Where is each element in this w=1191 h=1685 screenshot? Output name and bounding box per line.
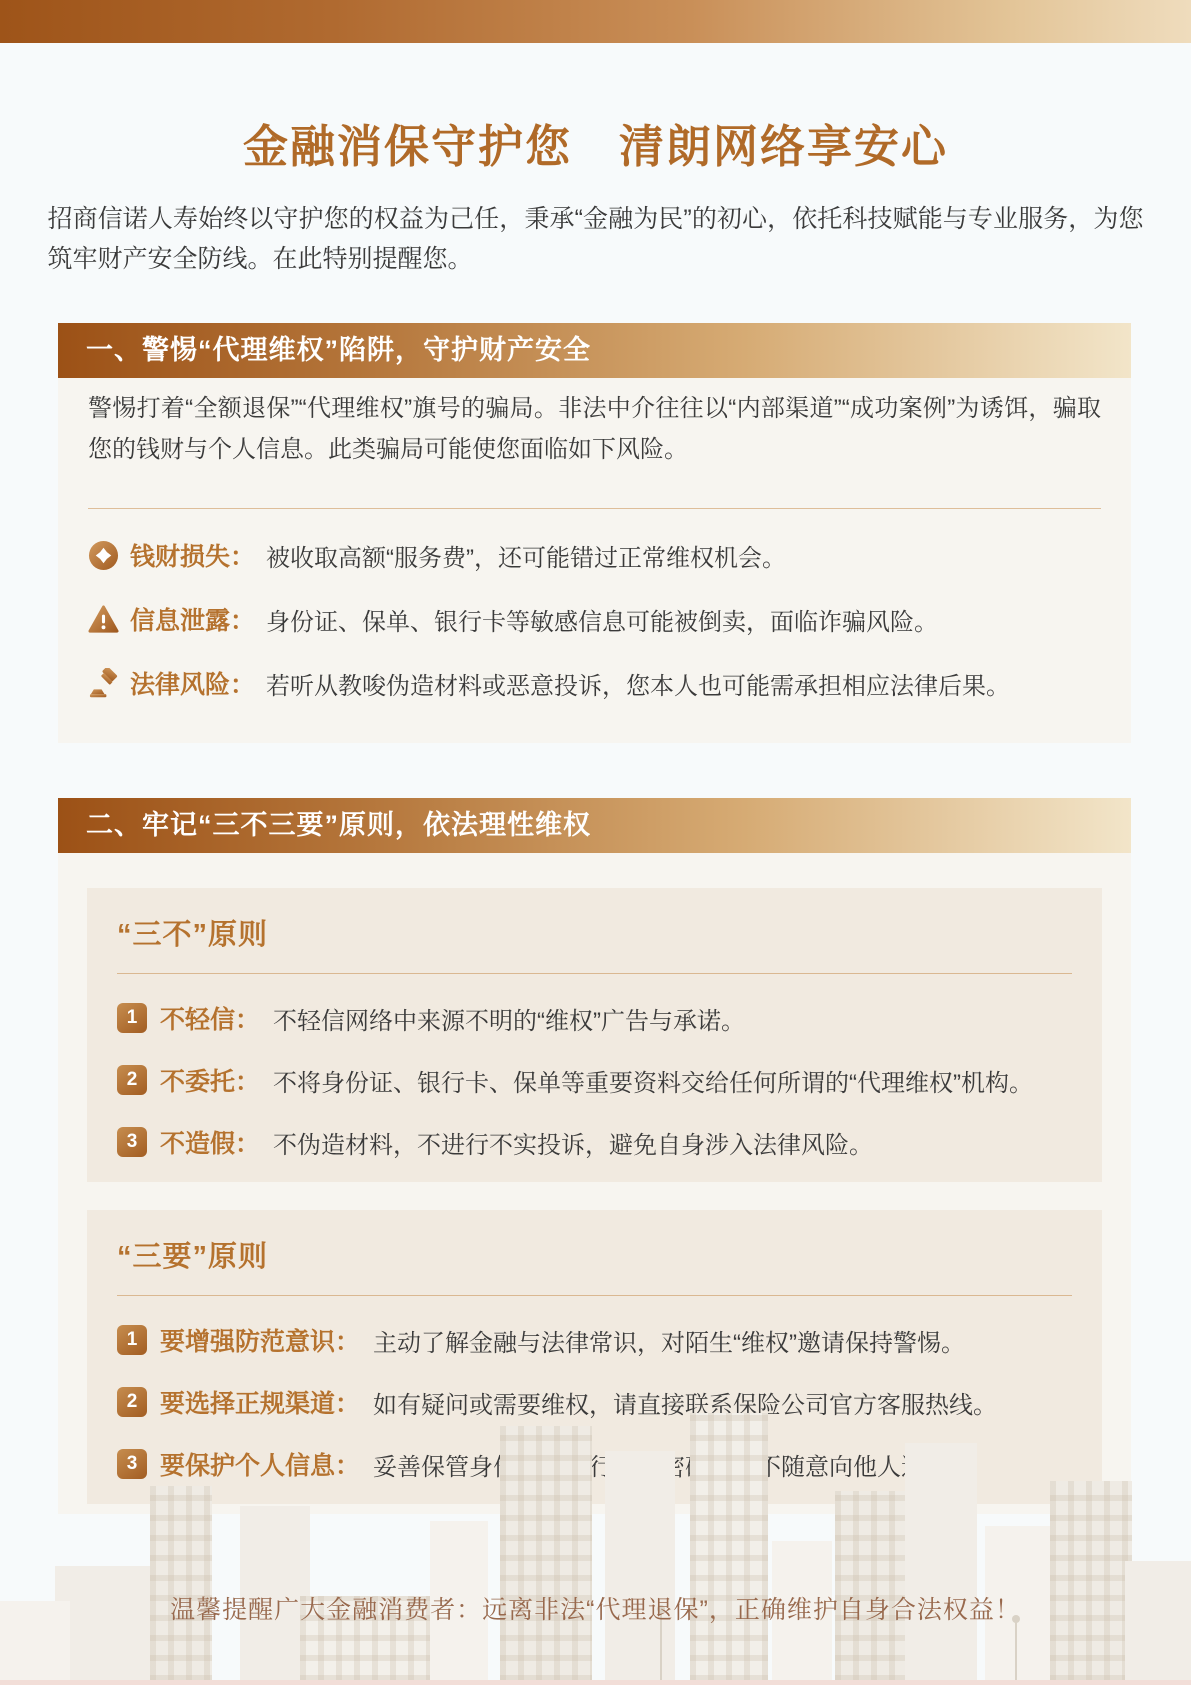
building <box>1050 1481 1132 1681</box>
risk-text: 若听从教唆伪造材料或恶意投诉，您本人也可能需承担相应法律后果。 <box>266 666 1010 701</box>
three-nos-box: “三不”原则 1 不轻信： 不轻信网络中来源不明的“维权”广告与承诺。 2 不委… <box>87 888 1102 1182</box>
risk-text: 身份证、保单、银行卡等敏感信息可能被倒卖，面临诈骗风险。 <box>266 602 938 637</box>
coin-icon <box>88 540 119 571</box>
number-badge: 3 <box>117 1127 147 1157</box>
building <box>690 1413 768 1681</box>
rule-box-title: “三要”原则 <box>117 1234 1072 1275</box>
divider <box>117 1295 1072 1296</box>
footer-note: 温馨提醒广大金融消费者：远离非法“代理退保”，正确维护自身合法权益！ <box>0 1590 1191 1626</box>
rule-text: 不轻信网络中来源不明的“维权”广告与承诺。 <box>273 1001 745 1036</box>
bottom-strip <box>0 1680 1191 1685</box>
rule-label: 不轻信： <box>160 1000 260 1036</box>
section-risk-warning: 一、警惕“代理维权”陷阱，守护财产安全 警惕打着“全额退保”“代理维权”旗号的骗… <box>58 323 1131 743</box>
section-principles: 二、牢记“三不三要”原则，依法理性维权 “三不”原则 1 不轻信： 不轻信网络中… <box>58 798 1131 1514</box>
intro-paragraph: 招商信诺人寿始终以守护您的权益为己任，秉承“金融为民”的初心，依托科技赋能与专业… <box>48 199 1144 279</box>
risk-item: 钱财损失： 被收取高额“服务费”，还可能错过正常维权机会。 <box>88 537 1101 573</box>
number-badge: 2 <box>117 1065 147 1095</box>
section-1-body: 警惕打着“全额退保”“代理维权”旗号的骗局。非法中介往往以“内部渠道”“成功案例… <box>58 378 1131 743</box>
warning-icon <box>88 604 119 635</box>
divider <box>88 508 1101 509</box>
rule-text: 不伪造材料，不进行不实投诉，避免自身涉入法律风险。 <box>273 1125 873 1160</box>
rule-box-title: “三不”原则 <box>117 912 1072 953</box>
number-badge: 1 <box>117 1325 147 1355</box>
top-gradient-bar <box>0 0 1191 43</box>
lamppost-icon <box>1015 1621 1017 1681</box>
section-1-paragraph: 警惕打着“全额退保”“代理维权”旗号的骗局。非法中介往往以“内部渠道”“成功案例… <box>88 388 1101 470</box>
rule-text: 如有疑问或需要维权，请直接联系保险公司官方客服热线。 <box>373 1385 997 1420</box>
risk-label: 钱财损失： <box>130 537 255 573</box>
rule-item: 1 要增强防范意识： 主动了解金融与法律常识，对陌生“维权”邀请保持警惕。 <box>117 1322 1072 1358</box>
risk-label: 法律风险： <box>130 665 255 701</box>
section-1-header: 一、警惕“代理维权”陷阱，守护财产安全 <box>58 323 1131 378</box>
section-2-body: “三不”原则 1 不轻信： 不轻信网络中来源不明的“维权”广告与承诺。 2 不委… <box>58 853 1131 1514</box>
rule-label: 不委托： <box>160 1062 260 1098</box>
rule-item: 3 不造假： 不伪造材料，不进行不实投诉，避免自身涉入法律风险。 <box>117 1124 1072 1160</box>
rule-label: 要增强防范意识： <box>160 1322 360 1358</box>
risk-item: 信息泄露： 身份证、保单、银行卡等敏感信息可能被倒卖，面临诈骗风险。 <box>88 601 1101 637</box>
rule-label: 不造假： <box>160 1124 260 1160</box>
building <box>500 1426 592 1681</box>
divider <box>117 973 1072 974</box>
rule-item: 2 要选择正规渠道： 如有疑问或需要维权，请直接联系保险公司官方客服热线。 <box>117 1384 1072 1420</box>
rule-text: 主动了解金融与法律常识，对陌生“维权”邀请保持警惕。 <box>373 1323 965 1358</box>
city-skyline: 温馨提醒广大金融消费者：远离非法“代理退保”，正确维护自身合法权益！ <box>0 1450 1191 1685</box>
risk-label: 信息泄露： <box>130 601 255 637</box>
rule-item: 1 不轻信： 不轻信网络中来源不明的“维权”广告与承诺。 <box>117 1000 1072 1036</box>
risk-text: 被收取高额“服务费”，还可能错过正常维权机会。 <box>266 538 786 573</box>
page-title: 金融消保守护您 清朗网络享安心 <box>0 110 1191 175</box>
building <box>905 1443 977 1681</box>
gavel-icon <box>88 668 119 699</box>
section-2-header: 二、牢记“三不三要”原则，依法理性维权 <box>58 798 1131 853</box>
rule-item: 2 不委托： 不将身份证、银行卡、保单等重要资料交给任何所谓的“代理维权”机构。 <box>117 1062 1072 1098</box>
rule-text: 不将身份证、银行卡、保单等重要资料交给任何所谓的“代理维权”机构。 <box>273 1063 1033 1098</box>
building <box>150 1486 212 1681</box>
risk-item: 法律风险： 若听从教唆伪造材料或恶意投诉，您本人也可能需承担相应法律后果。 <box>88 665 1101 701</box>
number-badge: 2 <box>117 1387 147 1417</box>
building <box>605 1451 675 1681</box>
rule-label: 要选择正规渠道： <box>160 1384 360 1420</box>
number-badge: 1 <box>117 1003 147 1033</box>
